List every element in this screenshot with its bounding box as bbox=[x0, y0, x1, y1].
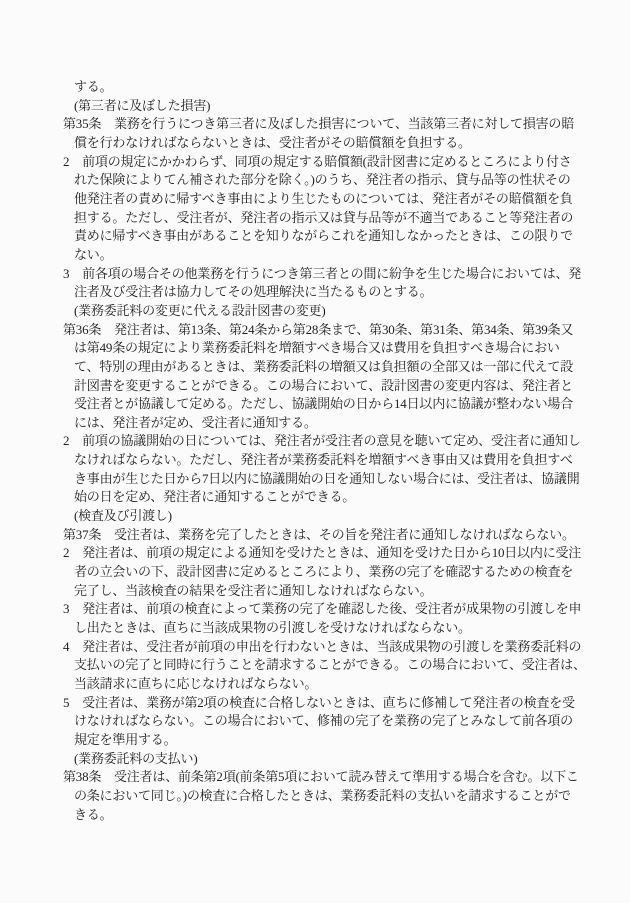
document-line: 他発注者の責めに帰すべき事由により生じたものについては、発注者がその賠償額を負 bbox=[63, 190, 569, 209]
document-line: の条において同じ。)の検査に合格したときは、業務委託料の支払いを請求することがで bbox=[63, 787, 569, 806]
document-line: (検査及び引渡し) bbox=[63, 507, 569, 526]
document-line: 償を行わなければならないときは、受注者がその賠償額を負担する。 bbox=[63, 134, 569, 153]
document-line: (業務委託料の変更に代える設計図書の変更) bbox=[63, 302, 569, 321]
document-line: 2 前項の規定にかかわらず、同項の規定する賠償額(設計図書に定めるところにより付… bbox=[63, 153, 569, 172]
document-line: 5 受注者は、業務が第2項の検査に合格しないときは、直ちに修補して発注者の検査を… bbox=[63, 694, 569, 713]
document-line: (業務委託料の支払い) bbox=[63, 750, 569, 769]
document-line: 計図書を変更することができる。この場合において、設計図書の変更内容は、発注者と bbox=[63, 377, 569, 396]
document-line: (第三者に及ぼした損害) bbox=[63, 97, 569, 116]
document-line: けなければならない。この場合において、修補の完了を業務の完了とみなして前各項の bbox=[63, 712, 569, 731]
document-line: 支払いの完了と同時に行うことを請求することができる。この場合において、受注者は、 bbox=[63, 656, 569, 675]
document-line: 注者及び受注者は協力してその処理解決に当たるものとする。 bbox=[63, 283, 569, 302]
document-line: 3 発注者は、前項の検査によって業務の完了を確認した後、受注者が成果物の引渡しを… bbox=[63, 600, 569, 619]
document-line: 第37条 受注者は、業務を完了したときは、その旨を発注者に通知しなければならない… bbox=[63, 526, 569, 545]
document-line: には、発注者が定め、受注者に通知する。 bbox=[63, 414, 569, 433]
document-line: 2 発注者は、前項の規定による通知を受けたときは、通知を受けた日から10日以内に… bbox=[63, 544, 569, 563]
document-page: する。(第三者に及ぼした損害)第35条 業務を行うにつき第三者に及ぼした損害につ… bbox=[0, 0, 630, 903]
document-line: て、特別の理由があるときは、業務委託料の増額又は負担額の全部又は一部に代えて設 bbox=[63, 358, 569, 377]
document-line: き事由が生じた日から7日以内に協議開始の日を通知しない場合には、受注者は、協議開 bbox=[63, 470, 569, 489]
document-line: れた保険によりてん補された部分を除く。)のうち、発注者の指示、貸与品等の性状その bbox=[63, 171, 569, 190]
document-line: 第38条 受注者は、前条第2項(前条第5項において読み替えて準用する場合を含む。… bbox=[63, 768, 569, 787]
document-line: 3 前各項の場合その他業務を行うにつき第三者との間に紛争を生じた場合においては、… bbox=[63, 265, 569, 284]
document-line: 責めに帰すべき事由があることを知りながらこれを通知しなかったときは、この限りで bbox=[63, 227, 569, 246]
document-line: きる。 bbox=[63, 806, 569, 825]
document-line: する。 bbox=[63, 78, 569, 97]
document-line: 規定を準用する。 bbox=[63, 731, 569, 750]
document-text: する。(第三者に及ぼした損害)第35条 業務を行うにつき第三者に及ぼした損害につ… bbox=[63, 78, 569, 824]
document-line: 始の日を定め、発注者に通知することができる。 bbox=[63, 488, 569, 507]
document-line: 者の立会いの下、設計図書に定めるところにより、業務の完了を確認するための検査を bbox=[63, 563, 569, 582]
document-line: 第35条 業務を行うにつき第三者に及ぼした損害について、当該第三者に対して損害の… bbox=[63, 115, 569, 134]
document-line: は第49条の規定により業務委託料を増額すべき場合又は費用を負担すべき場合におい bbox=[63, 339, 569, 358]
document-line: 完了し、当該検査の結果を受注者に通知しなければならない。 bbox=[63, 582, 569, 601]
document-line: 4 発注者は、受注者が前項の申出を行わないときは、当該成果物の引渡しを業務委託料… bbox=[63, 638, 569, 657]
document-line: 担する。ただし、受注者が、発注者の指示又は貸与品等が不適当であること等発注者の bbox=[63, 209, 569, 228]
document-line: 第36条 発注者は、第13条、第24条から第28条まで、第30条、第31条、第3… bbox=[63, 321, 569, 340]
document-line: 受注者とが協議して定める。ただし、協議開始の日から14日以内に協議が整わない場合 bbox=[63, 395, 569, 414]
document-line: なければならない。ただし、発注者が業務委託料を増額すべき事由又は費用を負担すべ bbox=[63, 451, 569, 470]
document-line: ない。 bbox=[63, 246, 569, 265]
document-line: 当該請求に直ちに応じなければならない。 bbox=[63, 675, 569, 694]
document-line: 2 前項の協議開始の日については、発注者が受注者の意見を聴いて定め、受注者に通知… bbox=[63, 432, 569, 451]
document-line: し出たときは、直ちに当該成果物の引渡しを受けなければならない。 bbox=[63, 619, 569, 638]
